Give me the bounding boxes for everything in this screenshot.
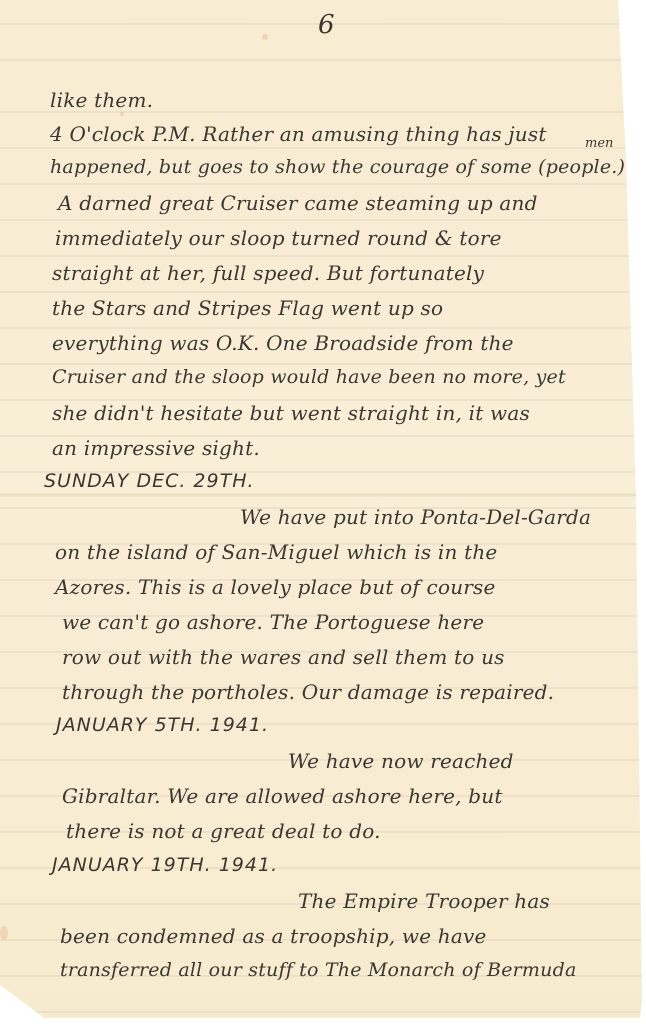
text-line: on the island of San-Miguel which is in … <box>55 540 497 564</box>
text-line: been condemned as a troopship, we have <box>60 924 487 948</box>
text-line: A darned great Cruiser came steaming up … <box>58 191 538 215</box>
foxing-stain <box>120 112 124 116</box>
text-line: transferred all our stuff to The Monarch… <box>60 959 576 981</box>
text-line: through the portholes. Our damage is rep… <box>62 680 554 704</box>
text-line: We have now reached <box>288 749 514 773</box>
text-line: like them. <box>50 88 153 112</box>
text-line: Cruiser and the sloop would have been no… <box>52 366 566 388</box>
date-heading: SUNDAY DEC. 29TH. <box>44 470 255 492</box>
paper-fold-crease <box>0 493 646 497</box>
text-line: row out with the wares and sell them to … <box>62 645 505 669</box>
text-line: she didn't hesitate but went straight in… <box>52 401 530 425</box>
text-line: we can't go ashore. The Portoguese here <box>62 610 484 634</box>
text-line: Azores. This is a lovely place but of co… <box>55 575 496 599</box>
date-heading: JANUARY 19TH. 1941. <box>52 854 278 876</box>
text-line: there is not a great deal to do. <box>66 819 381 843</box>
text-line: an impressive sight. <box>52 436 260 460</box>
text-line: the Stars and Stripes Flag went up so <box>52 296 443 320</box>
page-number: 6 <box>318 10 335 40</box>
caret-insertion: men <box>585 136 613 151</box>
text-line: everything was O.K. One Broadside from t… <box>52 331 514 355</box>
text-line: 4 O'clock P.M. Rather an amusing thing h… <box>50 122 547 146</box>
text-line: straight at her, full speed. But fortuna… <box>52 261 484 285</box>
text-line: immediately our sloop turned round & tor… <box>55 226 502 250</box>
diary-page: 6 men like them. 4 O'clock P.M. Rather a… <box>0 0 646 1024</box>
date-heading: JANUARY 5TH. 1941. <box>56 714 269 736</box>
text-line: We have put into Ponta-Del-Garda <box>240 505 591 529</box>
foxing-stain <box>262 34 268 40</box>
text-line: Gibraltar. We are allowed ashore here, b… <box>62 784 503 808</box>
foxing-stain <box>0 926 8 940</box>
text-line: happened, but goes to show the courage o… <box>50 156 625 178</box>
text-line: The Empire Trooper has <box>298 889 550 913</box>
